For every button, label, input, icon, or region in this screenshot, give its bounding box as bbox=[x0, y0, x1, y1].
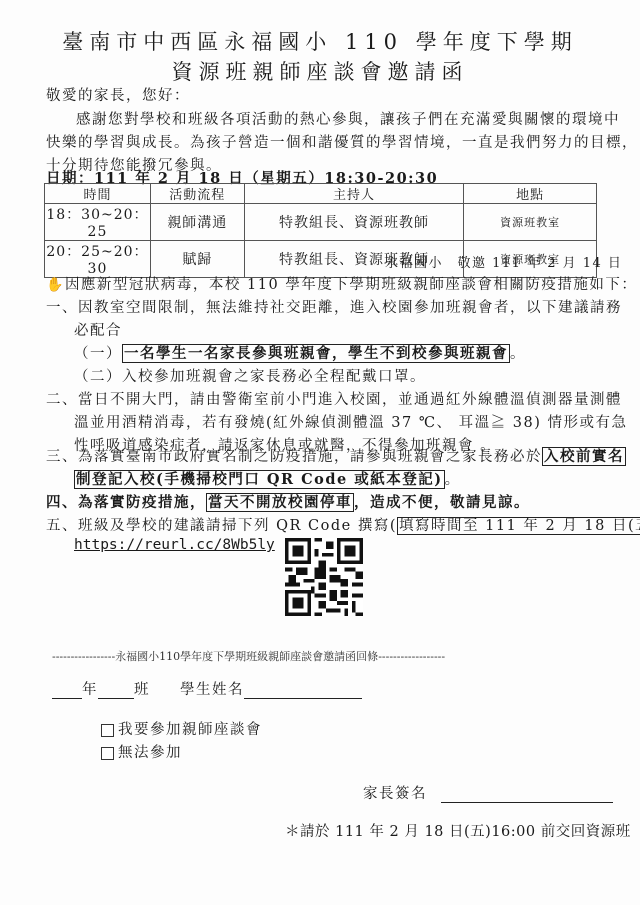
measure-1-line1: 一、因教室空間限制，無法維持社交距離，進入校園參加班親會者，以下建議請務 bbox=[46, 296, 622, 317]
greeting: 敬愛的家長，您好： bbox=[46, 84, 190, 105]
signature-label: 家長簽名 bbox=[363, 786, 427, 802]
measure-1-sub2: （二）入校參加班親會之家長務必全程配戴口罩。 bbox=[74, 365, 426, 386]
hand-icon: ✋ bbox=[46, 277, 65, 293]
header-location: 地點 bbox=[464, 184, 597, 204]
attend-label: 我要參加親師座談會 bbox=[118, 722, 262, 738]
measure-5: 五、班級及學校的建議請掃下列 QR Code 撰寫(填寫時間至 111 年 2 … bbox=[46, 514, 640, 535]
cell-host: 特教組長、資源班教師 bbox=[244, 204, 464, 241]
measure-3-line1: 三、為落實臺南市政府實名制之防疫措施，請參與班親會之家長務必於入校前實名 bbox=[46, 445, 626, 466]
measure-4-highlight: 當天不開放校園停車 bbox=[206, 493, 354, 512]
cell-location: 資源班教室 bbox=[464, 204, 597, 241]
student-info-row: 年班學生姓名 bbox=[52, 678, 362, 699]
measure-4-suffix: ，造成不便，敬請見諒。 bbox=[354, 494, 530, 511]
measure-1-line2: 必配合 bbox=[74, 319, 122, 340]
paragraph-line2: 快樂的學習與成長。為孩子營造一個和諧優質的學習情境，一直是我們努力的目標， bbox=[46, 131, 638, 152]
header-host: 主持人 bbox=[244, 184, 464, 204]
divider-right: ------------------ bbox=[378, 650, 445, 663]
grade-label: 年 bbox=[82, 682, 98, 698]
cell-time: 20：25~20：30 bbox=[45, 241, 151, 278]
measure-2-line1: 二、當日不開大門，請由警衛室前小門進入校園，並通過紅外線體溫偵測器量測體 bbox=[46, 388, 622, 409]
measure-1-sub1-highlight: 一名學生一名家長參與班親會，學生不到校參與班親會 bbox=[122, 344, 510, 363]
reply-slip-divider: -----------------永福國小110學年度下學期班級親師座談會邀請函… bbox=[52, 648, 445, 664]
header-time: 時間 bbox=[45, 184, 151, 204]
table-header-row: 時間 活動流程 主持人 地點 bbox=[45, 184, 597, 204]
reply-slip-title: 永福國小110學年度下學期班級親師座談會邀請函回條 bbox=[115, 650, 378, 663]
cell-time: 18：30~20：25 bbox=[45, 204, 151, 241]
measure-5-highlight: 填寫時間至 111 年 2 月 18 日(五)止 bbox=[397, 517, 640, 535]
class-field[interactable] bbox=[98, 685, 134, 699]
covid-intro: ✋因應新型冠狀病毒，本校 110 學年度下學期班級親師座談會相關防疫措施如下： bbox=[46, 273, 637, 294]
feedback-link[interactable]: https://reurl.cc/8Wb5ly bbox=[74, 537, 275, 553]
student-name-label: 學生姓名 bbox=[180, 682, 244, 698]
grade-field[interactable] bbox=[52, 685, 82, 699]
class-label: 班 bbox=[134, 682, 150, 698]
measure-5-prefix: 五、班級及學校的建議請掃下列 QR Code 撰寫( bbox=[46, 518, 397, 534]
cell-activity: 親師溝通 bbox=[150, 204, 244, 241]
measure-3-highlight-part2: 制登記入校(手機掃校門口 QR Code 或紙本登記) bbox=[74, 470, 445, 489]
student-name-field[interactable] bbox=[244, 685, 362, 699]
measure-1-sub1-suffix: 。 bbox=[510, 346, 526, 362]
measure-3-suffix: 。 bbox=[445, 472, 461, 488]
measure-3-line2: 制登記入校(手機掃校門口 QR Code 或紙本登記)。 bbox=[74, 468, 461, 489]
document-title-line1: 臺南市中西區永福國小 110 學年度下學期 bbox=[0, 26, 640, 56]
document-title-line2: 資源班親師座談會邀請函 bbox=[0, 56, 640, 86]
qr-code-icon[interactable] bbox=[285, 538, 363, 616]
option-attend[interactable]: 我要參加親師座談會 bbox=[101, 718, 262, 739]
measure-3-prefix: 三、為落實臺南市政府實名制之防疫措施，請參與班親會之家長務必於 bbox=[46, 449, 542, 465]
divider-left: ----------------- bbox=[52, 650, 115, 663]
return-deadline-note: ＊請於 111 年 2 月 18 日(五)16:00 前交回資源班 bbox=[285, 820, 631, 841]
signoff: 永福國小 敬邀 111 年 2 月 14 日 bbox=[385, 252, 622, 271]
cell-activity: 賦歸 bbox=[150, 241, 244, 278]
attend-checkbox[interactable] bbox=[101, 724, 114, 737]
table-row: 18：30~20：25 親師溝通 特教組長、資源班教師 資源班教室 bbox=[45, 204, 597, 241]
signature-row: 家長簽名 bbox=[363, 782, 613, 803]
option-decline[interactable]: 無法參加 bbox=[101, 741, 182, 762]
measure-1-sub1-prefix: （一） bbox=[74, 346, 122, 362]
decline-checkbox[interactable] bbox=[101, 747, 114, 760]
decline-label: 無法參加 bbox=[118, 745, 182, 761]
measure-2-line2: 溫並用酒精消毒，若有發燒(紅外線偵測體溫 37 ℃、 耳溫≧ 38) 情形或有急 bbox=[74, 411, 627, 432]
paragraph-line1: 感謝您對學校和班級各項活動的熱心參與，讓孩子們在充滿愛與關懷的環境中 bbox=[76, 108, 620, 129]
measure-3-highlight-part1: 入校前實名 bbox=[542, 447, 626, 466]
measure-1-sub1: （一）一名學生一名家長參與班親會，學生不到校參與班親會。 bbox=[74, 342, 526, 363]
measure-4: 四、為落實防疫措施，當天不開放校園停車，造成不便，敬請見諒。 bbox=[46, 491, 530, 512]
covid-intro-text: 因應新型冠狀病毒，本校 110 學年度下學期班級親師座談會相關防疫措施如下： bbox=[65, 277, 637, 293]
header-activity: 活動流程 bbox=[150, 184, 244, 204]
signature-field[interactable] bbox=[441, 789, 613, 803]
feedback-link-wrap: https://reurl.cc/8Wb5ly bbox=[74, 537, 275, 553]
measure-4-prefix: 四、為落實防疫措施， bbox=[46, 494, 206, 511]
